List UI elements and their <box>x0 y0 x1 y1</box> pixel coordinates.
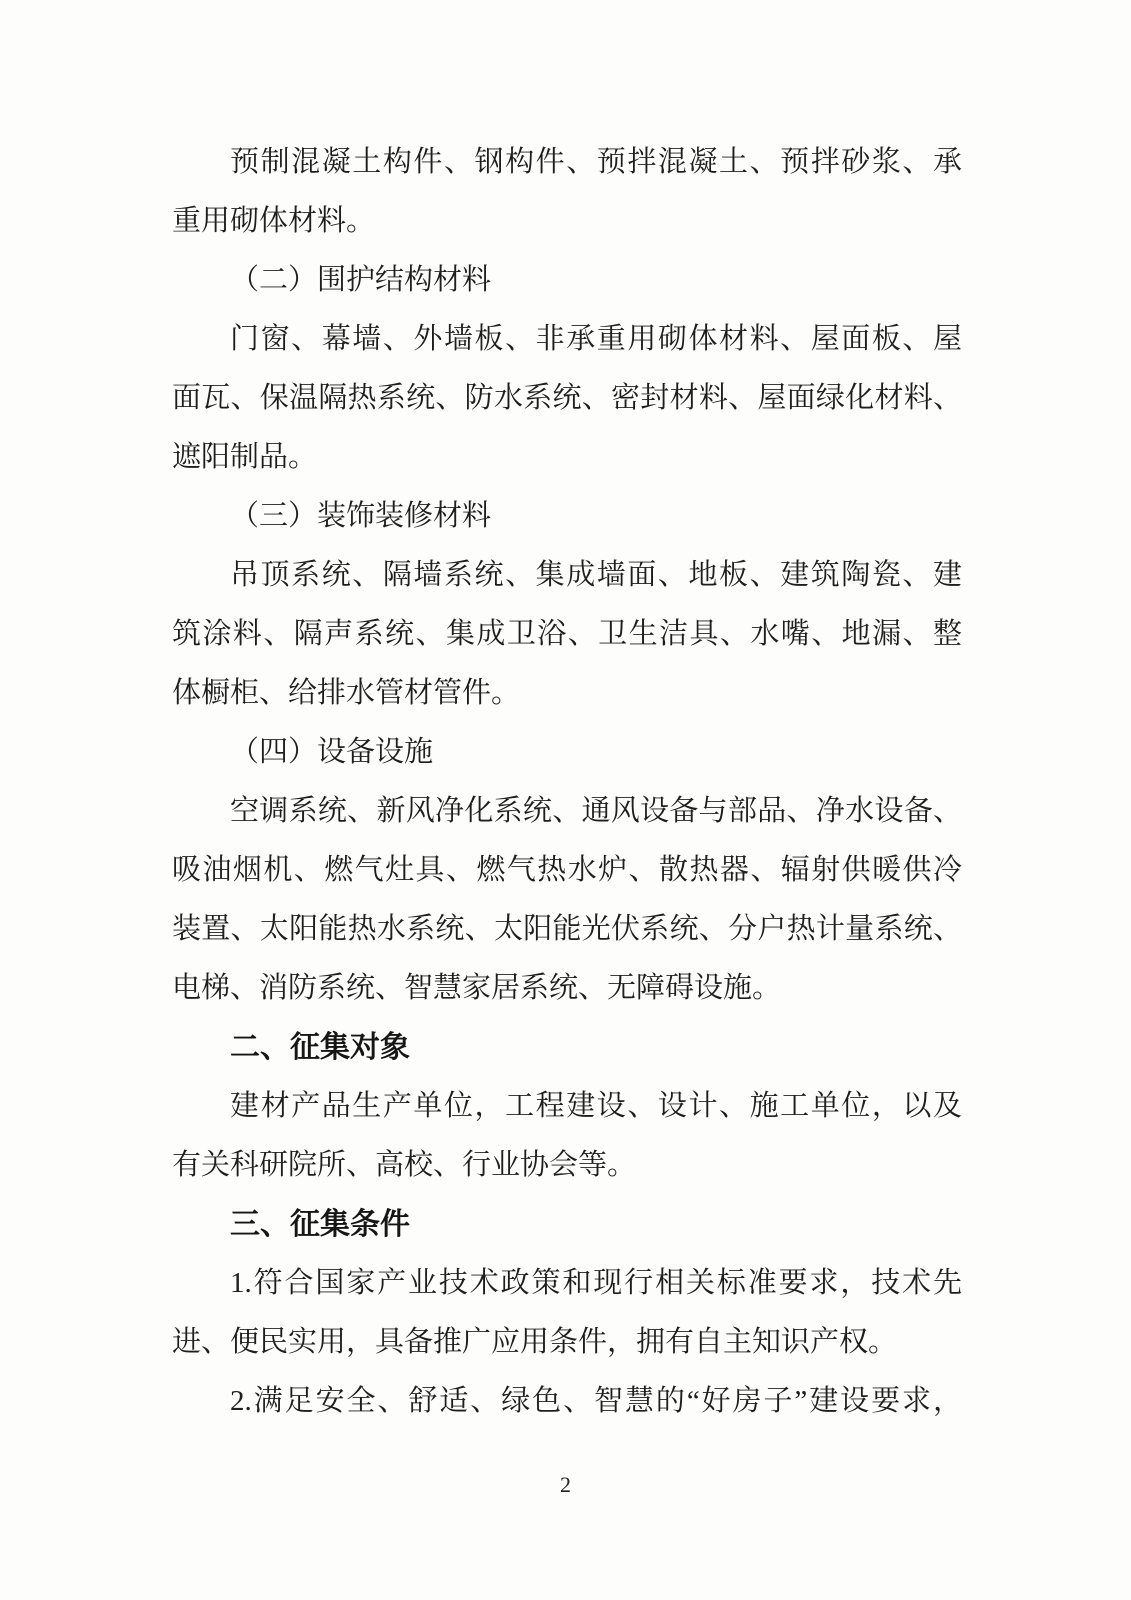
text-line: 体橱柜、给排水管材管件。 <box>172 664 962 723</box>
text-line: 2.满足安全、舒适、绿色、智慧的“好房子”建设要求， <box>172 1372 962 1431</box>
text-line: 进、便民实用，具备推广应用条件，拥有自主知识产权。 <box>172 1313 962 1372</box>
text-line: （三）装饰装修材料 <box>172 487 962 546</box>
text-line: 预制混凝土构件、钢构件、预拌混凝土、预拌砂浆、承 <box>172 133 962 192</box>
text-line: 建材产品生产单位，工程建设、设计、施工单位，以及 <box>172 1077 962 1136</box>
text-line: 电梯、消防系统、智慧家居系统、无障碍设施。 <box>172 959 962 1018</box>
text-line: 吊顶系统、隔墙系统、集成墙面、地板、建筑陶瓷、建 <box>172 546 962 605</box>
text-line: 1.符合国家产业技术政策和现行相关标准要求，技术先 <box>172 1254 962 1313</box>
page-number: 2 <box>0 1470 1131 1500</box>
section-heading: 三、征集条件 <box>172 1195 962 1254</box>
text-line: （二）围护结构材料 <box>172 251 962 310</box>
text-line: 门窗、幕墙、外墙板、非承重用砌体材料、屋面板、屋 <box>172 310 962 369</box>
text-line: 重用砌体材料。 <box>172 192 962 251</box>
document-page: 预制混凝土构件、钢构件、预拌混凝土、预拌砂浆、承重用砌体材料。（二）围护结构材料… <box>0 0 1131 1600</box>
document-body: 预制混凝土构件、钢构件、预拌混凝土、预拌砂浆、承重用砌体材料。（二）围护结构材料… <box>172 133 962 1431</box>
text-line: 筑涂料、隔声系统、集成卫浴、卫生洁具、水嘴、地漏、整 <box>172 605 962 664</box>
text-line: （四）设备设施 <box>172 723 962 782</box>
text-line: 面瓦、保温隔热系统、防水系统、密封材料、屋面绿化材料、 <box>172 369 962 428</box>
text-line: 有关科研院所、高校、行业协会等。 <box>172 1136 962 1195</box>
text-line: 空调系统、新风净化系统、通风设备与部品、净水设备、 <box>172 782 962 841</box>
text-line: 装置、太阳能热水系统、太阳能光伏系统、分户热计量系统、 <box>172 900 962 959</box>
text-line: 遮阳制品。 <box>172 428 962 487</box>
section-heading: 二、征集对象 <box>172 1018 962 1077</box>
text-line: 吸油烟机、燃气灶具、燃气热水炉、散热器、辐射供暖供冷 <box>172 841 962 900</box>
